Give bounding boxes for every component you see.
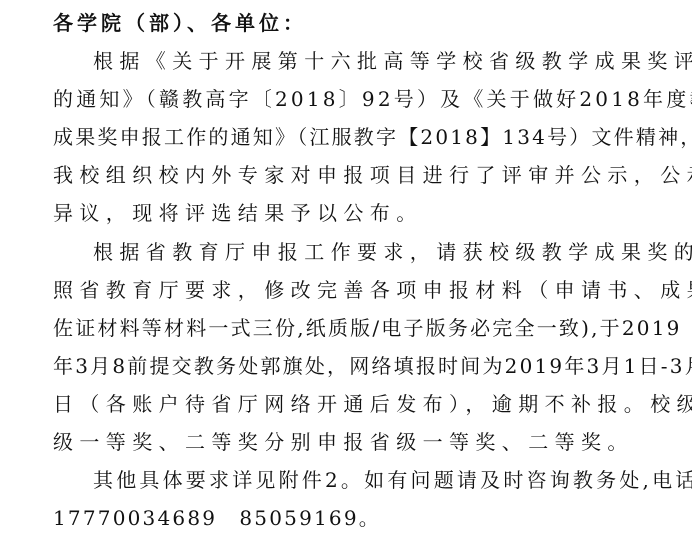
paragraph-line: 我校组织校内外专家对申报项目进行了评审并公示，公示期内无 [53, 156, 653, 194]
paragraph-line: 佐证材料等材料一式三份,纸质版/电子版务必完全一致),于2019 [53, 309, 653, 347]
paragraph-line: 级一等奖、二等奖分别申报省级一等奖、二等奖。 [53, 423, 653, 461]
contact-phone-line: 17770034689 85059169。 [53, 499, 653, 537]
paragraph-line: 成果奖申报工作的通知》（江服教字【2018】134号）文件精神， [53, 118, 653, 156]
paragraph-line: 日（各账户待省厅网络开通后发布），逾期不补报。校级获评等 [53, 385, 653, 423]
paragraph-review-results: 根据《关于开展第十六批高等学校省级教学成果奖评选工作 的通知》（赣教高字〔201… [53, 42, 653, 232]
paragraph-line: 根据《关于开展第十六批高等学校省级教学成果奖评选工作 [53, 42, 653, 80]
paragraph-line: 异议，现将评选结果予以公布。 [53, 194, 653, 232]
paragraph-line: 其他具体要求详见附件2。如有问题请及时咨询教务处,电话： [53, 461, 653, 499]
paragraph-line: 根据省教育厅申报工作要求，请获校级教学成果奖的项目按 [53, 233, 653, 271]
paragraph-line: 照省教育厅要求，修改完善各项申报材料（申请书、成果总结和 [53, 271, 653, 309]
paragraph-submission-requirements: 根据省教育厅申报工作要求，请获校级教学成果奖的项目按 照省教育厅要求，修改完善各… [53, 233, 653, 462]
notice-document: 各学院（部）、各单位： 根据《关于开展第十六批高等学校省级教学成果奖评选工作 的… [53, 4, 653, 537]
paragraph-line: 的通知》（赣教高字〔2018〕92号）及《关于做好2018年度教学 [53, 80, 653, 118]
paragraph-line: 年3月8前提交教务处郭旗处，网络填报时间为2019年3月1日-3月8 [53, 347, 653, 385]
paragraph-contact-info: 其他具体要求详见附件2。如有问题请及时咨询教务处,电话： 17770034689… [53, 461, 653, 537]
salutation-heading: 各学院（部）、各单位： [53, 4, 653, 42]
